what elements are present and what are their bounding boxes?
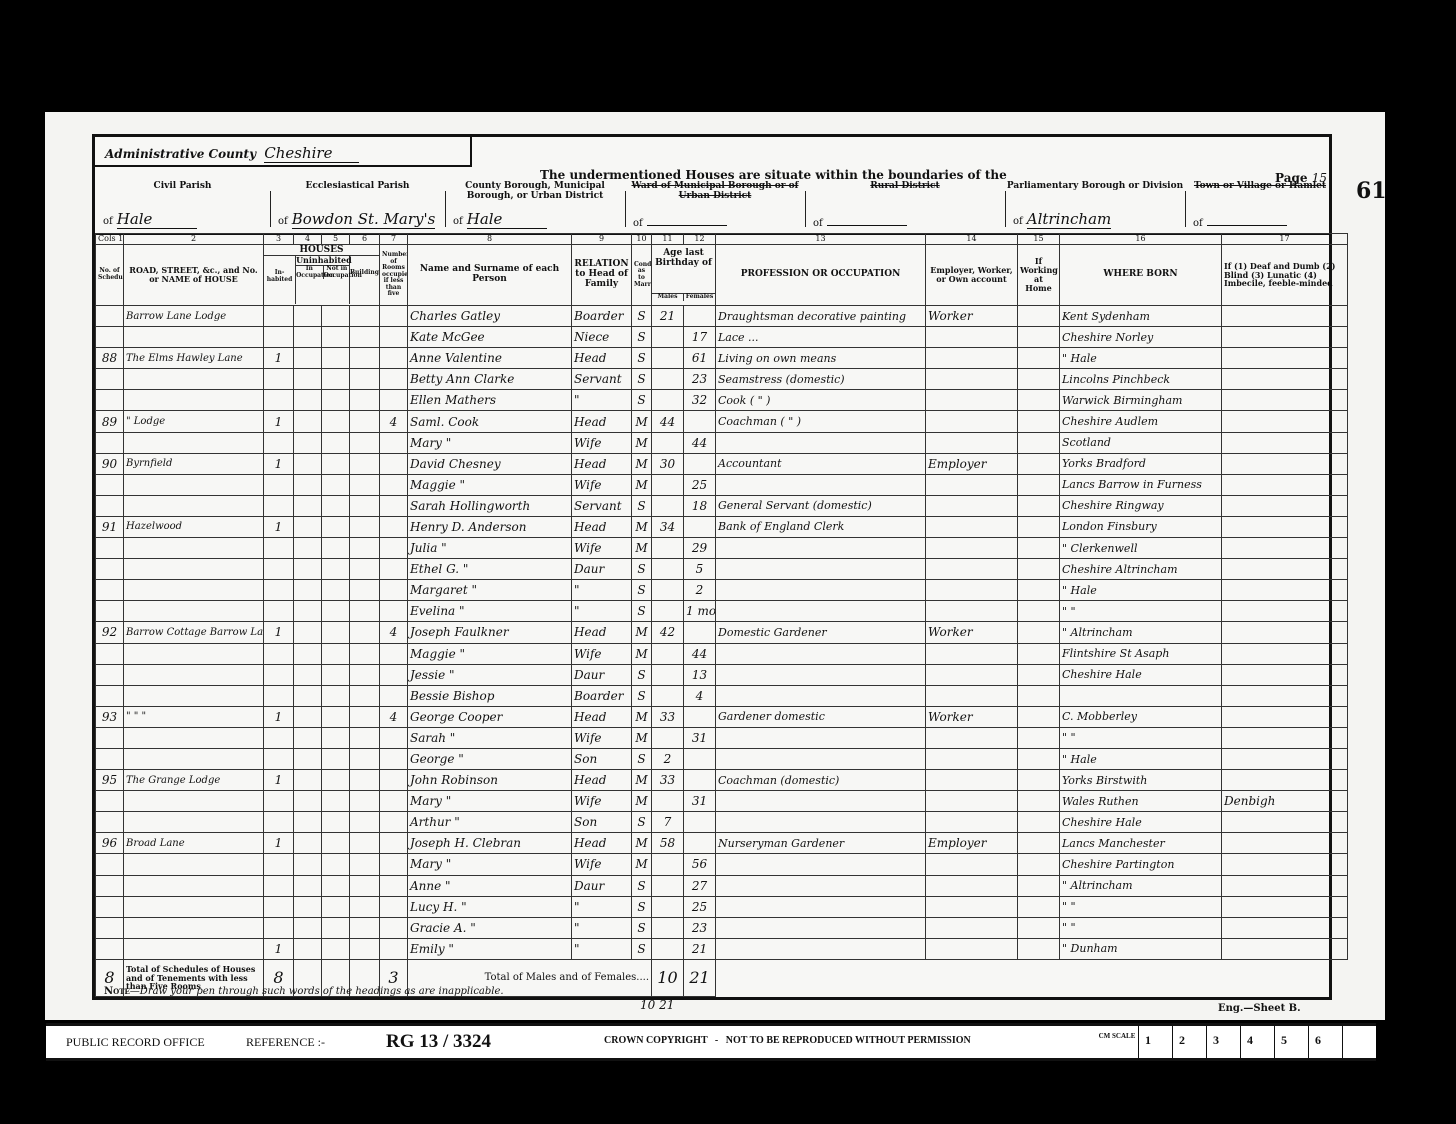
scale-end [1342, 1026, 1412, 1058]
occupation: General Servant (domestic) [716, 495, 926, 516]
relation: Boarder [572, 685, 632, 706]
house-name [124, 812, 264, 833]
schedule-number: 92 [96, 622, 124, 643]
table-row: Kate McGeeNieceS17Lace ... Cheshire Norl… [96, 327, 1348, 348]
relation: Daur [572, 875, 632, 896]
table-row: 96Broad Lane1Joseph H. ClebranHeadM58Nur… [96, 833, 1348, 854]
birthplace: " Dunham [1060, 938, 1222, 959]
col-road: ROAD, STREET, &c., and No. or NAME of HO… [124, 245, 264, 306]
area-value: ofAltrincham [1013, 210, 1111, 229]
condition: S [632, 917, 652, 938]
infirmity [1222, 812, 1348, 833]
age-female [684, 706, 716, 727]
occupation [716, 875, 926, 896]
infirmity [1222, 896, 1348, 917]
administrative-county: Administrative County Cheshire [95, 137, 472, 167]
of-label: of [1193, 218, 1203, 229]
column-number: 14 [926, 234, 1018, 245]
table-row: 92Barrow Cottage Barrow Lane14Joseph Fau… [96, 622, 1348, 643]
age-female: 23 [684, 369, 716, 390]
rooms [380, 854, 408, 875]
not-in-occupation [322, 580, 350, 601]
house-name: The Grange Lodge [124, 770, 264, 791]
working-at-home [1018, 643, 1060, 664]
employment-status [926, 917, 1018, 938]
total-females: 21 [684, 959, 716, 996]
building [350, 833, 380, 854]
inhabited [264, 538, 294, 559]
schedule-number [96, 748, 124, 769]
column-number: 7 [380, 234, 408, 245]
relation: Wife [572, 643, 632, 664]
reference-number: RG 13 / 3324 [386, 1031, 491, 1053]
rooms [380, 516, 408, 537]
schedule-number: 93 [96, 706, 124, 727]
not-in-occupation [322, 685, 350, 706]
infirmity [1222, 875, 1348, 896]
house-name [124, 390, 264, 411]
relation: Son [572, 812, 632, 833]
col-age: Age last Birthday of Males Females [652, 245, 716, 306]
age-male [652, 432, 684, 453]
age-female: 17 [684, 327, 716, 348]
relation: Head [572, 453, 632, 474]
house-name [124, 664, 264, 685]
birthplace: " " [1060, 727, 1222, 748]
schedule-number [96, 538, 124, 559]
infirmity [1222, 306, 1348, 327]
relation: Head [572, 622, 632, 643]
working-at-home [1018, 411, 1060, 432]
age-female: 29 [684, 538, 716, 559]
person-name: Anne Valentine [408, 348, 572, 369]
rooms [380, 812, 408, 833]
employment-status [926, 727, 1018, 748]
house-name: Barrow Lane Lodge [124, 306, 264, 327]
house-name [124, 474, 264, 495]
age-male: 34 [652, 516, 684, 537]
infirmity [1222, 538, 1348, 559]
schedule-number: 89 [96, 411, 124, 432]
employment-status [926, 495, 1018, 516]
working-at-home [1018, 306, 1060, 327]
in-occupation [294, 727, 322, 748]
age-male [652, 791, 684, 812]
house-name [124, 580, 264, 601]
occupation: Seamstress (domestic) [716, 369, 926, 390]
occupation [716, 474, 926, 495]
not-in-occupation [322, 770, 350, 791]
working-at-home [1018, 538, 1060, 559]
relation: Head [572, 706, 632, 727]
col-infirmity: If (1) Deaf and Dumb (2) Blind (3) Lunat… [1222, 245, 1348, 306]
in-occupation [294, 348, 322, 369]
note-prefix: Note [104, 986, 130, 997]
birthplace: Wales Ruthen [1060, 791, 1222, 812]
table-row: Ethel G. "DaurS5Cheshire Altrincham [96, 559, 1348, 580]
in-occupation [294, 791, 322, 812]
infirmity: Denbigh [1222, 791, 1348, 812]
infirmity [1222, 369, 1348, 390]
person-name: Joseph H. Clebran [408, 833, 572, 854]
working-at-home [1018, 685, 1060, 706]
column-number: 10 [632, 234, 652, 245]
not-in-occupation [322, 917, 350, 938]
employment-status [926, 474, 1018, 495]
rooms [380, 664, 408, 685]
house-name [124, 327, 264, 348]
building [350, 432, 380, 453]
employment-status: Employer [926, 833, 1018, 854]
table-row: Bessie BishopBoarderS4 [96, 685, 1348, 706]
rooms [380, 770, 408, 791]
person-name: Henry D. Anderson [408, 516, 572, 537]
infirmity [1222, 474, 1348, 495]
not-in-occupation [322, 791, 350, 812]
scale-mark: 6 [1308, 1026, 1342, 1058]
condition: M [632, 411, 652, 432]
occupation: Domestic Gardener [716, 622, 926, 643]
archive-footer-bar: PUBLIC RECORD OFFICE REFERENCE :- RG 13 … [46, 1023, 1376, 1061]
infirmity [1222, 559, 1348, 580]
infirmity [1222, 748, 1348, 769]
birthplace: Cheshire Partington [1060, 854, 1222, 875]
person-name: Maggie " [408, 643, 572, 664]
age-male [652, 896, 684, 917]
building [350, 348, 380, 369]
building [350, 411, 380, 432]
age-male [652, 643, 684, 664]
infirmity [1222, 854, 1348, 875]
inhabited [264, 812, 294, 833]
area-value: ofHale [103, 210, 197, 229]
house-name: Hazelwood [124, 516, 264, 537]
employment-status [926, 875, 1018, 896]
age-male [652, 854, 684, 875]
relation: " [572, 580, 632, 601]
condition: M [632, 706, 652, 727]
house-name [124, 601, 264, 622]
occupation [716, 559, 926, 580]
condition: M [632, 727, 652, 748]
house-name [124, 495, 264, 516]
table-row: Maggie "WifeM25Lancs Barrow in Furness [96, 474, 1348, 495]
rooms [380, 938, 408, 959]
age-female [684, 622, 716, 643]
rooms [380, 896, 408, 917]
schedule-number [96, 938, 124, 959]
building [350, 474, 380, 495]
occupation [716, 748, 926, 769]
birthplace: Lincolns Pinchbeck [1060, 369, 1222, 390]
age-male: 44 [652, 411, 684, 432]
schedule-number [96, 727, 124, 748]
of-label: of [633, 218, 643, 229]
condition: S [632, 580, 652, 601]
employment-status: Worker [926, 622, 1018, 643]
not-in-occupation [322, 411, 350, 432]
in-occupation [294, 327, 322, 348]
working-at-home [1018, 432, 1060, 453]
folio-number: 61 [1356, 178, 1387, 204]
not-in-occupation [322, 706, 350, 727]
house-name [124, 791, 264, 812]
working-at-home [1018, 748, 1060, 769]
working-at-home [1018, 474, 1060, 495]
employment-status [926, 664, 1018, 685]
not-in-occupation [322, 327, 350, 348]
house-name [124, 727, 264, 748]
in-occupation [294, 833, 322, 854]
occupation [716, 812, 926, 833]
schedule-number [96, 875, 124, 896]
age-female [684, 812, 716, 833]
table-row: Gracie A. ""S23" " [96, 917, 1348, 938]
area-3: Ward of Municipal Borough or of Urban Di… [625, 181, 805, 233]
table-row: Mary "WifeM31Wales RuthenDenbigh [96, 791, 1348, 812]
building [350, 664, 380, 685]
birthplace: Kent Sydenham [1060, 306, 1222, 327]
pencil-totals: 10 21 [640, 998, 674, 1012]
occupation [716, 601, 926, 622]
scale-mark: 4 [1240, 1026, 1274, 1058]
age-male: 42 [652, 622, 684, 643]
table-row: George "SonS2" Hale [96, 748, 1348, 769]
area-handwritten-value [1207, 225, 1287, 226]
birthplace: Cheshire Audlem [1060, 411, 1222, 432]
not-in-occupation [322, 306, 350, 327]
census-table: Cols 1234567891011121314151617 No. of Sc… [95, 233, 1348, 997]
rooms [380, 306, 408, 327]
house-name [124, 917, 264, 938]
building [350, 727, 380, 748]
col-in-occupation: In Occupation [296, 266, 323, 279]
occupation [716, 938, 926, 959]
col-employer: Employer, Worker, or Own account [926, 245, 1018, 306]
age-male: 58 [652, 833, 684, 854]
person-name: Mary " [408, 432, 572, 453]
inhabited [264, 580, 294, 601]
rooms: 4 [380, 706, 408, 727]
inhabited: 1 [264, 411, 294, 432]
inhabited [264, 643, 294, 664]
age-female: 31 [684, 727, 716, 748]
age-male [652, 327, 684, 348]
condition: S [632, 685, 652, 706]
not-in-occupation [322, 938, 350, 959]
relation: " [572, 896, 632, 917]
birthplace: Cheshire Hale [1060, 664, 1222, 685]
birthplace: Cheshire Hale [1060, 812, 1222, 833]
area-divider [1005, 191, 1006, 227]
age-male [652, 495, 684, 516]
age-female: 18 [684, 495, 716, 516]
relation: Head [572, 411, 632, 432]
age-male [652, 348, 684, 369]
not-in-occupation [322, 348, 350, 369]
inhabited [264, 390, 294, 411]
birthplace: Lancs Barrow in Furness [1060, 474, 1222, 495]
occupation [716, 643, 926, 664]
occupation [716, 917, 926, 938]
house-name: The Elms Hawley Lane [124, 348, 264, 369]
not-in-occupation [322, 854, 350, 875]
employment-status [926, 896, 1018, 917]
condition: S [632, 495, 652, 516]
in-occupation [294, 432, 322, 453]
employment-status [926, 538, 1018, 559]
person-name: Arthur " [408, 812, 572, 833]
birthplace: Warwick Birmingham [1060, 390, 1222, 411]
age-female: 44 [684, 432, 716, 453]
area-handwritten-value: Hale [467, 210, 547, 229]
building [350, 791, 380, 812]
house-name [124, 559, 264, 580]
schedule-number [96, 812, 124, 833]
employment-status [926, 411, 1018, 432]
area-divider [270, 191, 271, 227]
building [350, 390, 380, 411]
employment-status [926, 369, 1018, 390]
col-building: Building [350, 256, 379, 304]
undermentioned-heading: The undermentioned Houses are situate wi… [540, 168, 1007, 182]
not-in-occupation [322, 896, 350, 917]
col-occupation: PROFESSION OR OCCUPATION [716, 245, 926, 306]
rooms [380, 559, 408, 580]
age-male [652, 580, 684, 601]
relation: Niece [572, 327, 632, 348]
age-male [652, 390, 684, 411]
person-name: Margaret " [408, 580, 572, 601]
not-in-occupation [322, 390, 350, 411]
table-row: 90Byrnfield1David ChesneyHeadM30Accounta… [96, 453, 1348, 474]
rooms [380, 474, 408, 495]
working-at-home [1018, 706, 1060, 727]
condition: S [632, 369, 652, 390]
building [350, 643, 380, 664]
occupation: Accountant [716, 453, 926, 474]
house-name [124, 938, 264, 959]
birthplace: " Hale [1060, 348, 1222, 369]
relation: " [572, 938, 632, 959]
rooms [380, 453, 408, 474]
table-row: Sarah HollingworthServantS18General Serv… [96, 495, 1348, 516]
area-handwritten-value [647, 225, 727, 226]
building [350, 770, 380, 791]
of-label: of [1013, 216, 1023, 227]
occupation [716, 538, 926, 559]
inhabited [264, 327, 294, 348]
rooms: 4 [380, 411, 408, 432]
building [350, 917, 380, 938]
age-male: 30 [652, 453, 684, 474]
totals-blank [716, 959, 1348, 996]
working-at-home [1018, 938, 1060, 959]
condition: S [632, 306, 652, 327]
employment-status [926, 390, 1018, 411]
table-row: Mary "WifeM44Scotland [96, 432, 1348, 453]
condition: M [632, 453, 652, 474]
condition: S [632, 664, 652, 685]
working-at-home [1018, 601, 1060, 622]
in-occupation [294, 770, 322, 791]
building [350, 495, 380, 516]
employment-status [926, 432, 1018, 453]
inhabited [264, 727, 294, 748]
area-4: Rural Districtof [805, 181, 1005, 233]
person-name: Maggie " [408, 474, 572, 495]
inhabited [264, 495, 294, 516]
working-at-home [1018, 495, 1060, 516]
infirmity [1222, 770, 1348, 791]
age-male [652, 917, 684, 938]
column-number: 5 [322, 234, 350, 245]
relation: Wife [572, 474, 632, 495]
age-male [652, 664, 684, 685]
rooms [380, 727, 408, 748]
age-female [684, 833, 716, 854]
age-female [684, 306, 716, 327]
infirmity [1222, 601, 1348, 622]
column-numbers-row: Cols 1234567891011121314151617 [96, 234, 1348, 245]
building [350, 938, 380, 959]
working-at-home [1018, 516, 1060, 537]
employment-status [926, 516, 1018, 537]
person-name: Saml. Cook [408, 411, 572, 432]
inhabited [264, 791, 294, 812]
area-label: Rural District [805, 181, 1005, 191]
building [350, 516, 380, 537]
column-number: 2 [124, 234, 264, 245]
table-row: Maggie "WifeM44Flintshire St Asaph [96, 643, 1348, 664]
occupation [716, 580, 926, 601]
house-name: " Lodge [124, 411, 264, 432]
person-name: Bessie Bishop [408, 685, 572, 706]
schedule-number [96, 685, 124, 706]
table-row: Mary "WifeM56Cheshire Partington [96, 854, 1348, 875]
col-schedule: No. of Schedule [96, 245, 124, 306]
scale-mark: 3 [1206, 1026, 1240, 1058]
in-occupation [294, 812, 322, 833]
copyright-notice: CROWN COPYRIGHT - NOT TO BE REPRODUCED W… [604, 1035, 971, 1046]
building [350, 854, 380, 875]
table-row: Anne "DaurS27" Altrincham [96, 875, 1348, 896]
rooms [380, 538, 408, 559]
col-condition: Condition as to Marriage [632, 245, 652, 306]
birthplace: Cheshire Ringway [1060, 495, 1222, 516]
condition: S [632, 896, 652, 917]
schedule-number [96, 580, 124, 601]
not-in-occupation [322, 601, 350, 622]
person-name: Ethel G. " [408, 559, 572, 580]
age-male: 7 [652, 812, 684, 833]
area-label: Ward of Municipal Borough or of Urban Di… [625, 181, 805, 201]
birthplace: " Hale [1060, 580, 1222, 601]
rooms [380, 432, 408, 453]
infirmity [1222, 727, 1348, 748]
infirmity [1222, 327, 1348, 348]
scale-mark: 1 [1138, 1026, 1172, 1058]
area-divider [1185, 191, 1186, 227]
col-rooms: Number of Rooms occupied if less than fi… [380, 245, 408, 306]
admin-county-label: Administrative County [105, 147, 256, 161]
building [350, 580, 380, 601]
employment-status [926, 748, 1018, 769]
area-value: of [633, 218, 727, 229]
person-name: Sarah Hollingworth [408, 495, 572, 516]
column-number: 17 [1222, 234, 1348, 245]
age-female: 4 [684, 685, 716, 706]
